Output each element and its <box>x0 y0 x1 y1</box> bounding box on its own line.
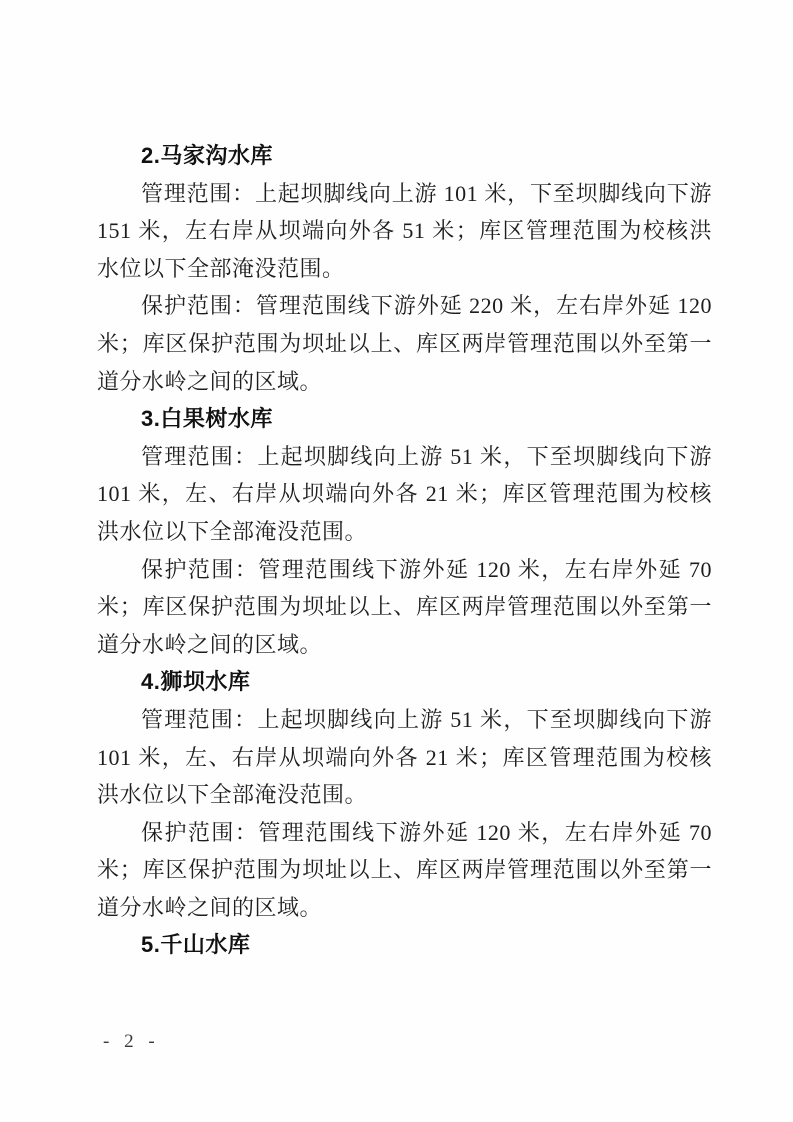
paragraph-baiguoshu-management-range: 管理范围：上起坝脚线向上游 51 米，下至坝脚线向下游 101 米，左、右岸从坝… <box>97 438 712 551</box>
paragraph-shiba-protection-range: 保护范围：管理范围线下游外延 120 米，左右岸外延 70 米；库区保护范围为坝… <box>97 814 712 927</box>
section-heading-qianshan-reservoir: 5.千山水库 <box>97 926 712 964</box>
paragraph-baiguoshu-protection-range: 保护范围：管理范围线下游外延 120 米，左右岸外延 70 米；库区保护范围为坝… <box>97 551 712 664</box>
paragraph-majiagou-protection-range: 保护范围：管理范围线下游外延 220 米，左右岸外延 120 米；库区保护范围为… <box>97 287 712 400</box>
section-heading-majiagou-reservoir: 2.马家沟水库 <box>97 137 712 175</box>
page-number: - 2 - <box>103 1031 160 1052</box>
paragraph-majiagou-management-range: 管理范围：上起坝脚线向上游 101 米，下至坝脚线向下游 151 米，左右岸从坝… <box>97 175 712 288</box>
document-body: 2.马家沟水库 管理范围：上起坝脚线向上游 101 米，下至坝脚线向下游 151… <box>97 137 712 964</box>
section-heading-shiba-reservoir: 4.狮坝水库 <box>97 663 712 701</box>
document-page: 2.马家沟水库 管理范围：上起坝脚线向上游 101 米，下至坝脚线向下游 151… <box>0 0 793 1122</box>
section-heading-baiguoshu-reservoir: 3.白果树水库 <box>97 400 712 438</box>
page-footer: - 2 - <box>103 1031 160 1053</box>
paragraph-shiba-management-range: 管理范围：上起坝脚线向上游 51 米，下至坝脚线向下游 101 米，左、右岸从坝… <box>97 701 712 814</box>
